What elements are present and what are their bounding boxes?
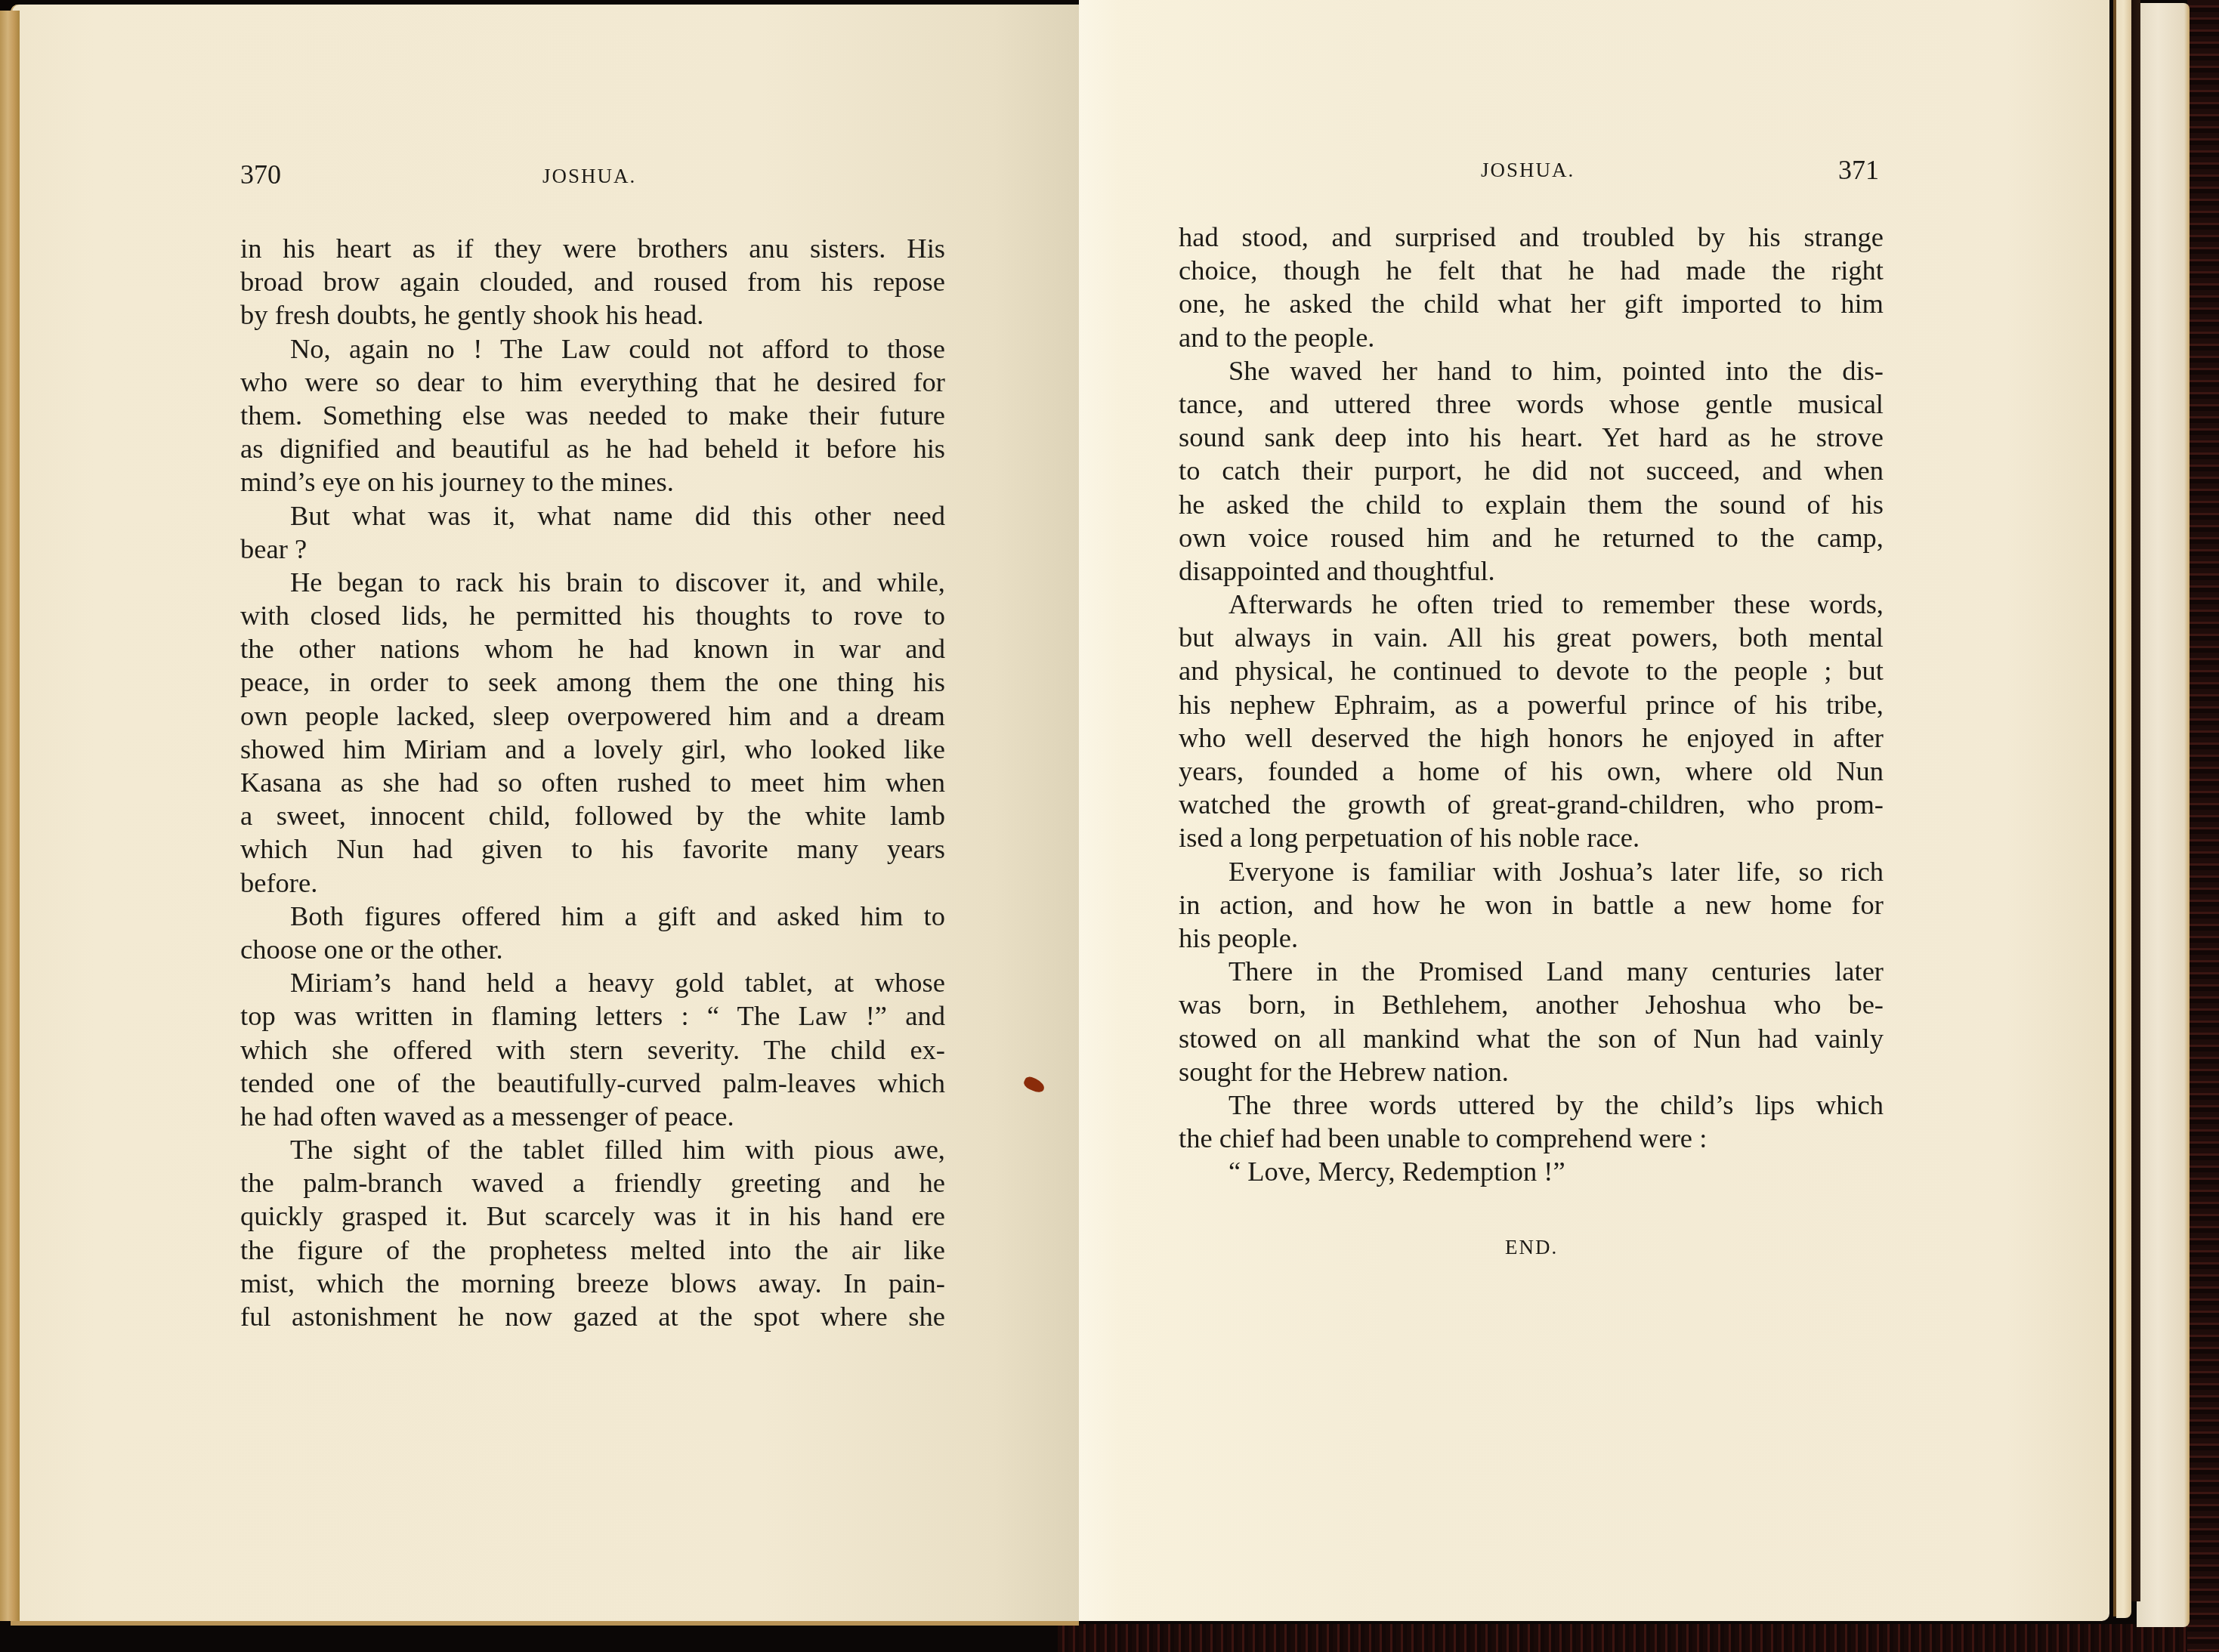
text-line: bear ? [240, 533, 945, 566]
text-line: which Nun had given to his favorite many… [240, 832, 945, 866]
text-line: a sweet, innocent child, followed by the… [240, 799, 945, 832]
text-line: by fresh doubts, he gently shook his hea… [240, 298, 945, 332]
text-line: Miriam’s hand held a heavy gold tablet, … [240, 966, 945, 999]
text-line: in action, and how he won in battle a ne… [1179, 888, 1884, 922]
text-line: No, again no ! The Law could not afford … [240, 332, 945, 366]
right-running-head: JOSHUA. [1481, 159, 1575, 182]
text-line: in his heart as if they were brothers an… [240, 232, 945, 265]
text-line: own voice roused him and he returned to … [1179, 521, 1884, 554]
text-line: stowed on all mankind what the son of Nu… [1179, 1022, 1884, 1055]
text-line: showed him Miriam and a lovely girl, who… [240, 733, 945, 766]
text-line: The three words uttered by the child’s l… [1179, 1088, 1884, 1122]
text-line: the figure of the prophetess melted into… [240, 1234, 945, 1267]
right-page-edge-line [2113, 0, 2116, 1616]
text-line: his nephew Ephraim, as a powerful prince… [1179, 688, 1884, 721]
text-line: tended one of the beautifully-curved pal… [240, 1067, 945, 1100]
right-page-body: had stood, and surprised and troubled by… [1179, 221, 1884, 1188]
text-line: who well deserved the high honors he enj… [1179, 721, 1884, 755]
text-line: choose one or the other. [240, 933, 945, 966]
text-line: sought for the Hebrew nation. [1179, 1055, 1884, 1088]
text-line: ised a long perpetuation of his noble ra… [1179, 821, 1884, 854]
text-line: The sight of the tablet filled him with … [240, 1133, 945, 1166]
text-line: which she offered with stern severity. T… [240, 1033, 945, 1067]
text-line: he had often waved as a messenger of pea… [240, 1100, 945, 1133]
text-line: There in the Promised Land many centurie… [1179, 955, 1884, 988]
left-page-number: 370 [240, 159, 281, 190]
text-line: the chief had been unable to comprehend … [1179, 1122, 1884, 1155]
left-page-body: in his heart as if they were brothers an… [240, 232, 945, 1333]
text-line: But what was it, what name did this othe… [240, 499, 945, 533]
text-line: broad brow again clouded, and roused fro… [240, 265, 945, 298]
text-line: but always in vain. All his great powers… [1179, 621, 1884, 654]
text-line: the other nations whom he had known in w… [240, 632, 945, 665]
book-cover-bottom [1058, 1624, 2219, 1652]
text-line: with closed lids, he permitted his thoug… [240, 599, 945, 632]
left-page-fore-edge [0, 11, 20, 1621]
text-line: quickly grasped it. But scarcely was it … [240, 1200, 945, 1233]
text-line: who were so dear to him everything that … [240, 366, 945, 399]
text-line: mind’s eye on his journey to the mines. [240, 465, 945, 499]
text-line: as dignified and beautiful as he had beh… [240, 432, 945, 465]
right-page-shadow [2131, 0, 2140, 1601]
text-line: before. [240, 866, 945, 900]
text-line: his people. [1179, 922, 1884, 955]
text-line: disappointed and thoughtful. [1179, 554, 1884, 588]
left-running-head: JOSHUA. [542, 165, 636, 188]
right-page-leaf-edge [2116, 0, 2131, 1618]
text-line: sound sank deep into his heart. Yet hard… [1179, 421, 1884, 454]
text-line: She waved her hand to him, pointed into … [1179, 354, 1884, 388]
text-line: them. Something else was needed to make … [240, 399, 945, 432]
text-line: mist, which the morning breeze blows awa… [240, 1267, 945, 1300]
text-line: and physical, he continued to devote to … [1179, 654, 1884, 687]
text-line: Both figures offered him a gift and aske… [240, 900, 945, 933]
text-line: to catch their purport, he did not succe… [1179, 454, 1884, 487]
text-line: Everyone is familiar with Joshua’s later… [1179, 855, 1884, 888]
book-spread-scan: 370 JOSHUA. in his heart as if they were… [0, 0, 2219, 1652]
text-line: He began to rack his brain to discover i… [240, 566, 945, 599]
end-mark: END. [1505, 1236, 1558, 1259]
text-line: peace, in order to seek among them the o… [240, 665, 945, 699]
text-line: choice, though he felt that he had made … [1179, 254, 1884, 287]
left-page-bottom-edge [11, 1621, 1079, 1626]
text-line: he asked the child to explain them the s… [1179, 488, 1884, 521]
text-line: watched the growth of great-grand-childr… [1179, 788, 1884, 821]
text-line: Afterwards he often tried to remember th… [1179, 588, 1884, 621]
book-cover-right [2187, 0, 2219, 1652]
endpaper [2137, 3, 2190, 1627]
right-page-number: 371 [1838, 154, 1879, 186]
text-line: own people lacked, sleep overpowered him… [240, 699, 945, 733]
text-line: the palm-branch waved a friendly greetin… [240, 1166, 945, 1200]
text-line: Kasana as she had so often rushed to mee… [240, 766, 945, 799]
text-line: had stood, and surprised and troubled by… [1179, 221, 1884, 254]
text-line: top was written in flaming letters : “ T… [240, 999, 945, 1033]
text-line: tance, and uttered three words whose gen… [1179, 388, 1884, 421]
text-line: one, he asked the child what her gift im… [1179, 287, 1884, 320]
text-line: ful astonishment he now gazed at the spo… [240, 1300, 945, 1333]
text-line: was born, in Bethlehem, another Jehoshua… [1179, 988, 1884, 1021]
text-line: and to the people. [1179, 321, 1884, 354]
text-line: years, founded a home of his own, where … [1179, 755, 1884, 788]
text-line: “ Love, Mercy, Redemption !” [1179, 1155, 1884, 1188]
